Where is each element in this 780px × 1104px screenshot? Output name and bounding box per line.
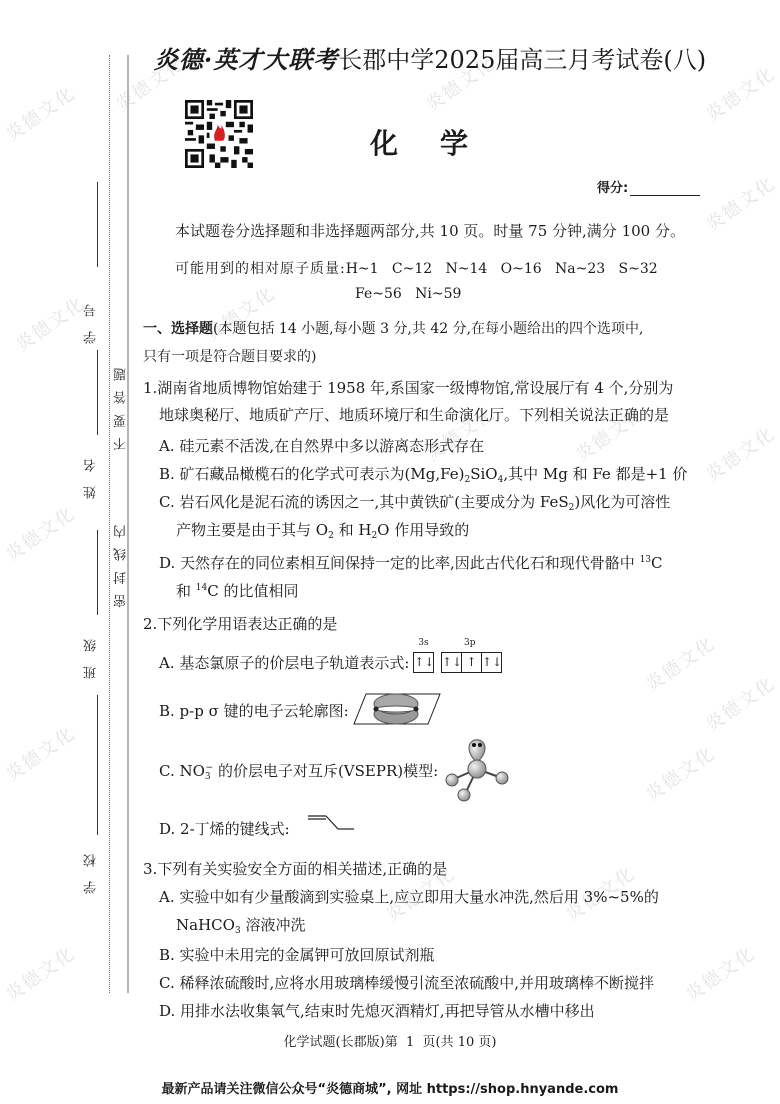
question-1-option-d[interactable]: D. 天然存在的同位素相互间保持一定的比率,因此古代化石和现代骨骼中 13C bbox=[159, 552, 663, 573]
superscript: 13 bbox=[640, 555, 651, 565]
option-text: 和 H bbox=[334, 521, 372, 539]
question-2-option-c[interactable]: C. NO3− 的价层电子对互斥(VSEPR)模型: bbox=[159, 760, 438, 782]
question-2-option-b[interactable]: B. p-p σ 键的电子云轮廓图: bbox=[159, 700, 349, 721]
watermark: 炎德文化 bbox=[0, 719, 80, 786]
atomic-mass-label: 可能用到的相对原子质量: bbox=[175, 261, 346, 277]
question-1-stem: 1.湖南省地质博物馆始建于 1958 年,系国家一级博物馆,常设展厅有 4 个,… bbox=[143, 377, 673, 398]
score-label: 得分: bbox=[597, 181, 628, 196]
orbital-box: ↑ bbox=[461, 652, 482, 673]
watermark: 炎德文化 bbox=[10, 289, 90, 356]
orbital-box: ↑↓ bbox=[481, 652, 502, 673]
exam-instructions: 本试题卷分选择题和非选择题两部分,共 10 页。时量 75 分钟,满分 100 … bbox=[140, 220, 720, 241]
question-number: 2. bbox=[143, 615, 157, 633]
question-3-option-b[interactable]: B. 实验中未用完的金属钾可放回原试剂瓶 bbox=[159, 944, 435, 965]
orbital-label-3p: 3p bbox=[464, 638, 476, 648]
question-1-option-c-2: 产物主要是由于其与 O2 和 H2O 作用导致的 bbox=[176, 519, 469, 541]
class-label: 班级 bbox=[82, 625, 101, 679]
option-text: C 的比值相同 bbox=[207, 582, 298, 600]
option-text: O 作用导致的 bbox=[377, 521, 469, 539]
option-text: 产物主要是由于其与 O bbox=[176, 521, 328, 539]
question-3-option-a-2: NaHCO3 溶液冲洗 bbox=[176, 914, 305, 936]
option-text: A. 基态氯原子的价层电子轨道表示式: bbox=[159, 654, 409, 672]
question-3-option-a[interactable]: A. 实验中如有少量酸滴到实验桌上,应立即用大量水冲洗,然后用 3%~5%的 bbox=[159, 886, 659, 907]
subscript: 3 bbox=[205, 772, 211, 782]
question-1-stem-2: 地球奥秘厅、地质矿产厅、地质环境厅和生命演化厅。下列相关说法正确的是 bbox=[159, 404, 669, 425]
score-field[interactable]: 得分: bbox=[597, 177, 700, 196]
student-id-blank-line bbox=[97, 182, 98, 267]
school-blank-line bbox=[97, 695, 98, 835]
watermark: 炎德文化 bbox=[0, 499, 80, 566]
superscript: 14 bbox=[196, 583, 207, 593]
option-text: )风化为可溶性 bbox=[574, 493, 670, 511]
name-label: 姓名 bbox=[82, 445, 101, 499]
atomic-mass-line-2: Fe~56 Ni~59 bbox=[355, 286, 461, 302]
sigma-bond-electron-cloud-diagram bbox=[352, 690, 442, 728]
option-text: B. p-p σ 键的电子云轮廓图: bbox=[159, 702, 349, 720]
atomic-mass-line-1: 可能用到的相对原子质量:H~1 C~12 N~14 O~16 Na~23 S~3… bbox=[175, 258, 658, 278]
qr-code-icon bbox=[185, 100, 253, 168]
option-text: C. NO bbox=[159, 762, 205, 780]
question-1-option-d-2: 和 14C 的比值相同 bbox=[176, 580, 298, 601]
option-text: D. 天然存在的同位素相互间保持一定的比率,因此古代化石和现代骨骼中 bbox=[159, 554, 640, 572]
section-1-title: 一、选择题 bbox=[143, 321, 213, 337]
question-2-option-d[interactable]: D. 2-丁烯的键线式: bbox=[159, 818, 290, 839]
score-blank-line[interactable] bbox=[630, 181, 700, 196]
section-1-description-2: 只有一项是符合题目要求的) bbox=[143, 346, 316, 366]
option-text: NaHCO bbox=[176, 916, 235, 934]
option-text: C. 岩石风化是泥石流的诱因之一,其中黄铁矿(主要成分为 FeS bbox=[159, 493, 569, 511]
question-text: 湖南省地质博物馆始建于 1958 年,系国家一级博物馆,常设展厅有 4 个,分别… bbox=[157, 379, 673, 397]
exam-title: 炎德·英才大联考长郡中学2025届高三月考试卷(八) bbox=[150, 40, 710, 75]
orbital-label-3s: 3s bbox=[418, 638, 428, 648]
2-butene-skeletal-formula bbox=[306, 813, 356, 833]
page-footer: 化学试题(长郡版)第 1 页(共 10 页) bbox=[0, 1031, 780, 1050]
promo-footer: 最新产品请关注微信公众号“炎德商城”, 网址 https://shop.hnya… bbox=[0, 1078, 780, 1097]
atomic-mass-values: H~1 C~12 N~14 O~16 Na~23 S~32 bbox=[346, 261, 658, 277]
watermark: 炎德文化 bbox=[640, 739, 720, 806]
watermark: 炎德文化 bbox=[700, 419, 780, 486]
question-3-option-c[interactable]: C. 稀释浓硫酸时,应将水用玻璃棒缓慢引流至浓硫酸中,并用玻璃棒不断搅拌 bbox=[159, 972, 654, 993]
vsepr-model-diagram bbox=[442, 735, 512, 805]
school-label: 学校 bbox=[82, 840, 101, 894]
orbital-box: ↑↓ bbox=[413, 652, 434, 673]
seal-text-seal-line: 密 封 线 内 bbox=[112, 522, 131, 607]
orbital-3p: 3p ↑↓↑↑↓ bbox=[442, 652, 502, 673]
seal-text-do-not-answer: 不 要 答 题 bbox=[112, 365, 131, 450]
watermark: 炎德文化 bbox=[0, 79, 80, 146]
option-text: C bbox=[651, 554, 662, 572]
question-1-option-a[interactable]: A. 硅元素不活泼,在自然界中多以游离态形式存在 bbox=[159, 435, 484, 456]
brand-name: 炎德·英才大联考 bbox=[154, 45, 338, 74]
question-1-option-c[interactable]: C. 岩石风化是泥石流的诱因之一,其中黄铁矿(主要成分为 FeS2)风化为可溶性 bbox=[159, 491, 670, 513]
option-text: D. 2-丁烯的键线式: bbox=[159, 820, 290, 838]
option-text: B. 矿石藏品橄榄石的化学式可表示为(Mg,Fe) bbox=[159, 465, 464, 483]
section-1-description: (本题包括 14 小题,每小题 3 分,共 42 分,在每小题给出的四个选项中, bbox=[213, 321, 644, 337]
option-text: 的价层电子对互斥(VSEPR)模型: bbox=[213, 762, 438, 780]
exam-name: 长郡中学2025届高三月考试卷(八) bbox=[338, 46, 706, 74]
seal-dotted-line bbox=[109, 55, 110, 993]
class-blank-line bbox=[97, 530, 98, 615]
option-text: 和 bbox=[176, 582, 196, 600]
option-text: ,其中 Mg 和 Fe 都是+1 价 bbox=[503, 465, 687, 483]
subject-title: 化学 bbox=[370, 122, 510, 162]
watermark: 炎德文化 bbox=[700, 59, 780, 126]
orbital-3s: 3s ↑↓ bbox=[414, 652, 434, 673]
watermark: 炎德文化 bbox=[700, 669, 780, 736]
question-number: 1. bbox=[143, 379, 157, 397]
watermark: 炎德文化 bbox=[680, 939, 760, 1006]
orbital-box: ↑↓ bbox=[441, 652, 462, 673]
question-3-option-d[interactable]: D. 用排水法收集氧气,结束时先熄灭酒精灯,再把导管从水槽中移出 bbox=[159, 1000, 595, 1021]
question-text: 下列有关实验安全方面的相关描述,正确的是 bbox=[157, 860, 447, 878]
student-id-label: 学号 bbox=[82, 290, 101, 344]
section-1-header: 一、选择题(本题包括 14 小题,每小题 3 分,共 42 分,在每小题给出的四… bbox=[143, 318, 644, 338]
option-text: SiO bbox=[470, 465, 497, 483]
question-number: 3. bbox=[143, 860, 157, 878]
question-2-option-a[interactable]: A. 基态氯原子的价层电子轨道表示式: 3s ↑↓ 3p ↑↓↑↑↓ bbox=[159, 652, 502, 673]
name-blank-line bbox=[97, 350, 98, 435]
question-3-stem: 3.下列有关实验安全方面的相关描述,正确的是 bbox=[143, 858, 447, 879]
watermark: 炎德文化 bbox=[0, 939, 80, 1006]
question-2-stem: 2.下列化学用语表达正确的是 bbox=[143, 613, 337, 634]
question-1-option-b[interactable]: B. 矿石藏品橄榄石的化学式可表示为(Mg,Fe)2SiO4,其中 Mg 和 F… bbox=[159, 463, 687, 485]
watermark: 炎德文化 bbox=[640, 629, 720, 696]
option-text: 溶液冲洗 bbox=[241, 916, 306, 934]
question-text: 下列化学用语表达正确的是 bbox=[157, 615, 337, 633]
